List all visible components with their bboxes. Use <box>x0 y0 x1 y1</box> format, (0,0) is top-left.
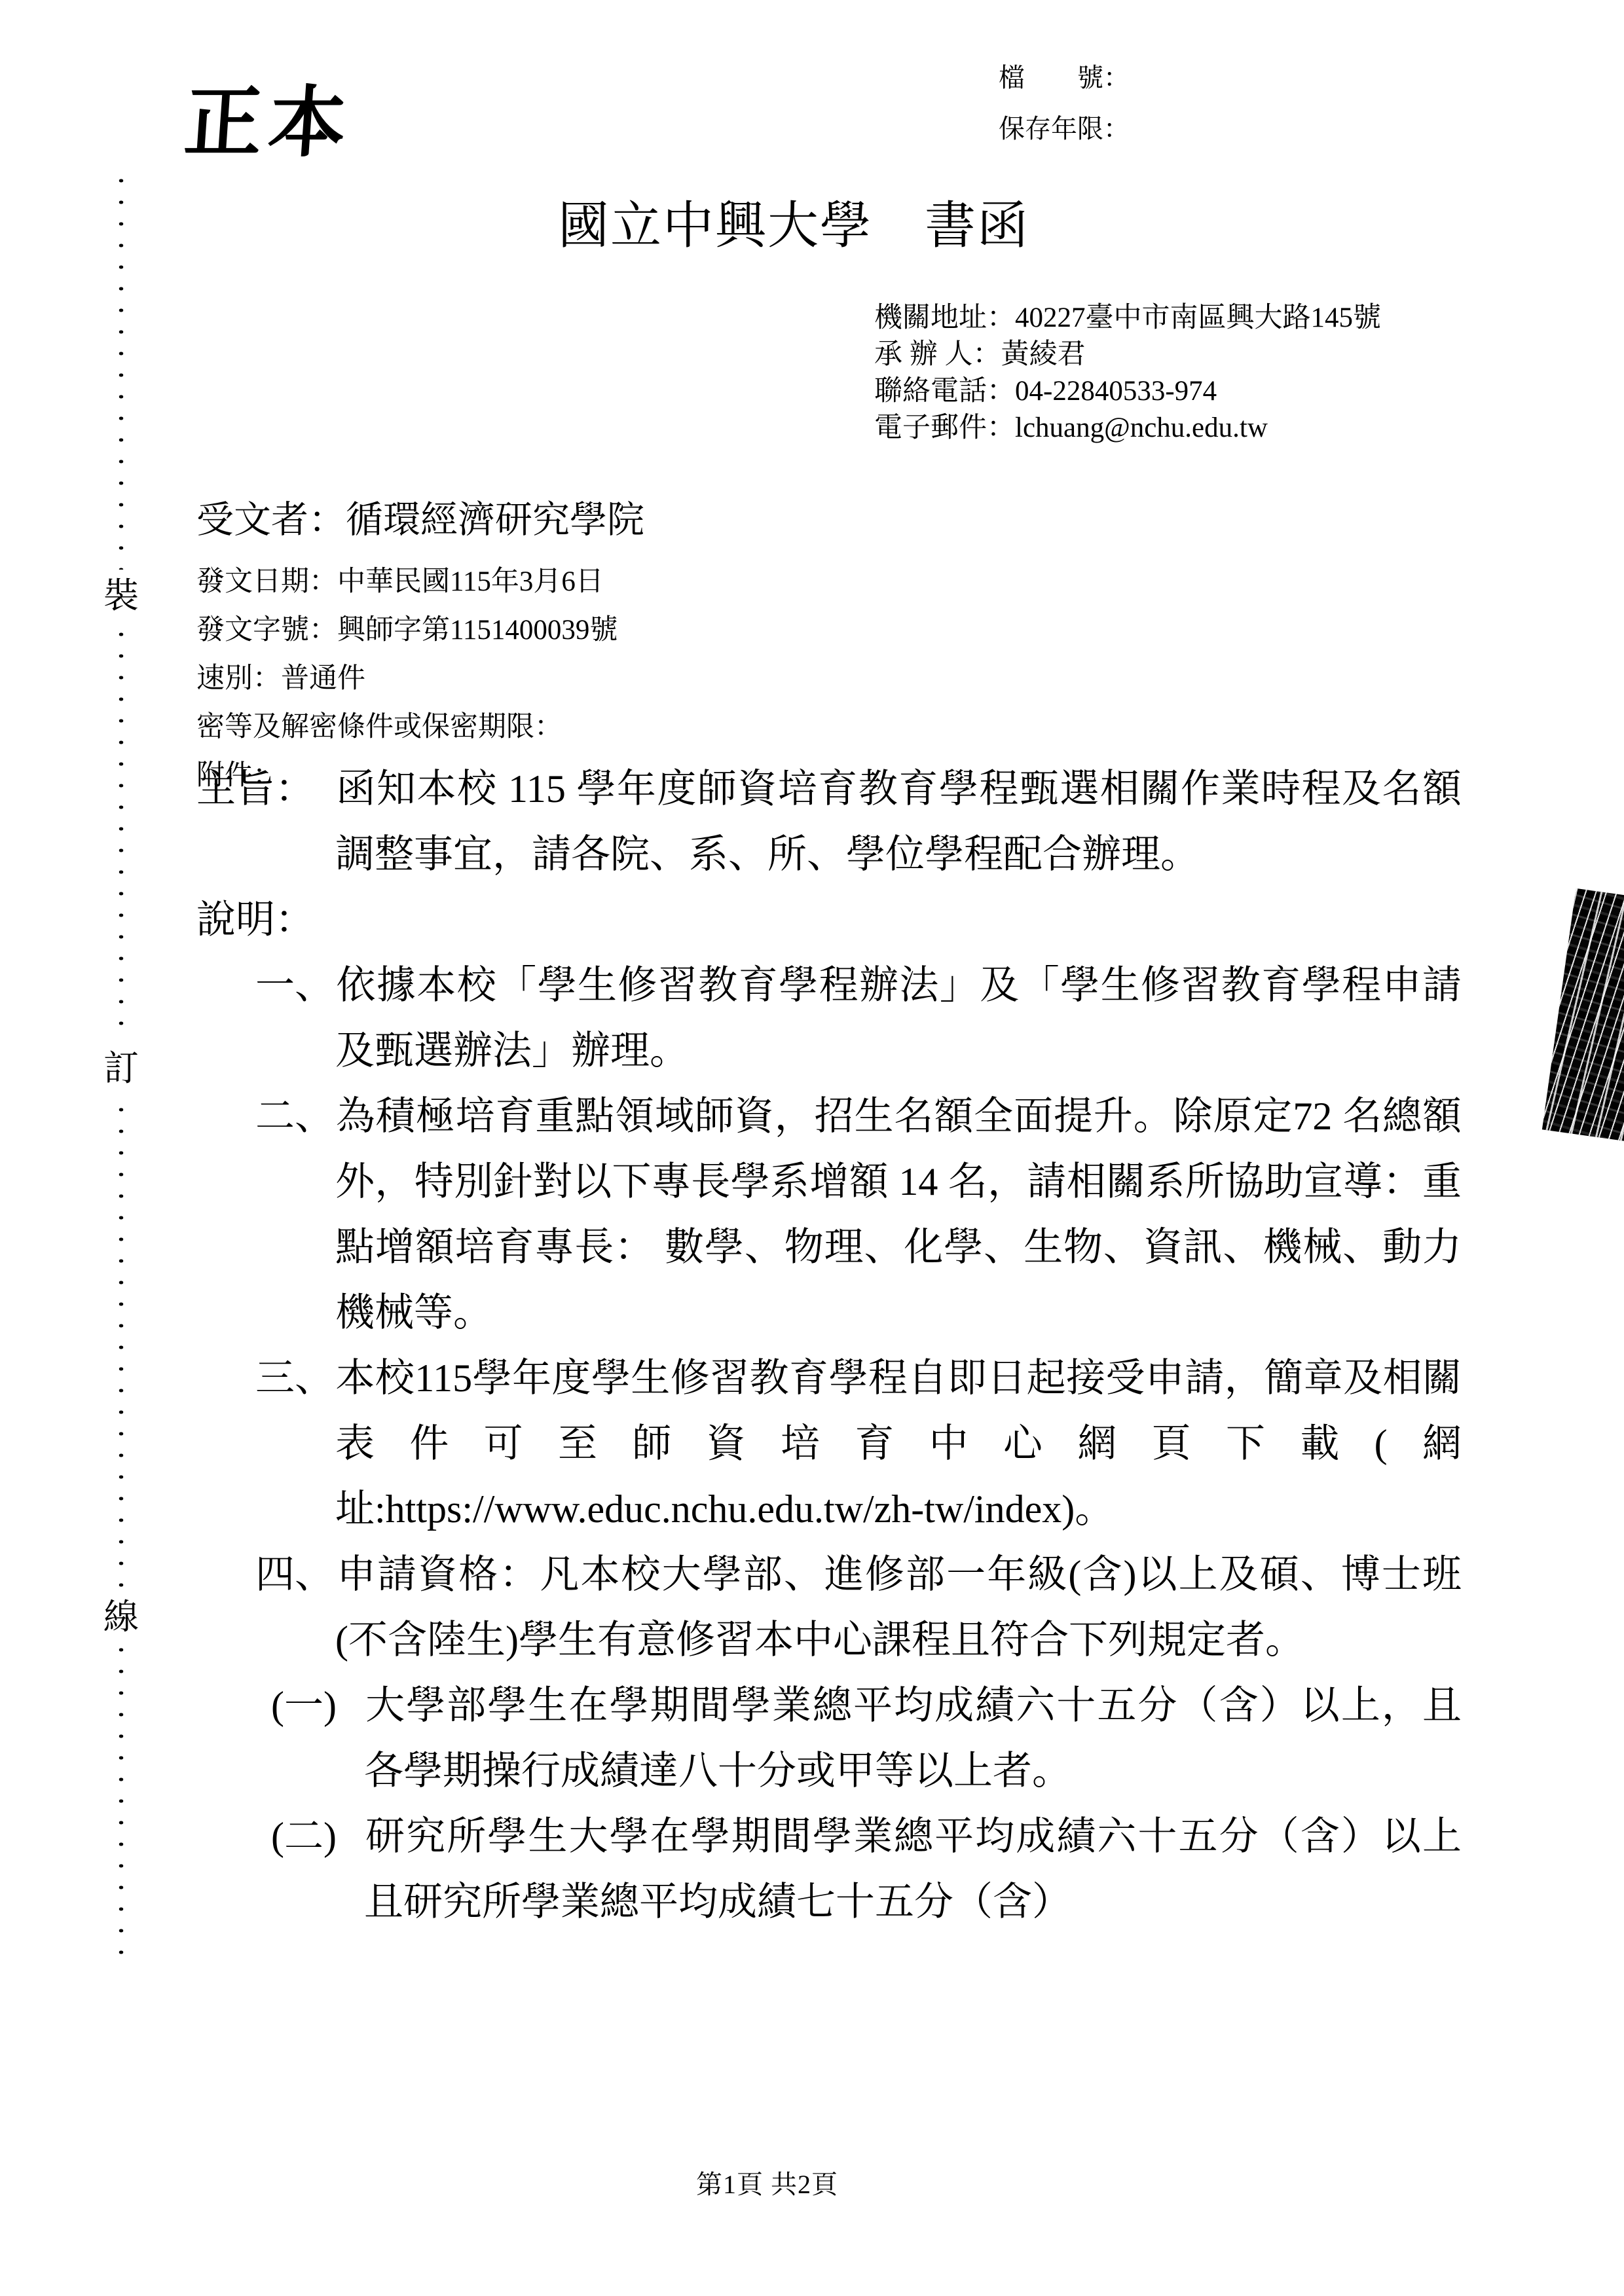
item-text: 依據本校「學生修習教育學程辦法」及「學生修習教育學程申請及甄選辦法」辦理。 <box>335 964 1462 1072</box>
subject-text: 函知本校 115 學年度師資培育教育學程甄選相關作業時程及名額調整事宜，請各院、… <box>335 767 1462 876</box>
explanation-subitem-2: (二)研究所學生大學在學期間學業總平均成績六十五分（含）以上且研究所學業總平均成… <box>271 1804 1462 1935</box>
item-number: 二、 <box>255 1084 335 1149</box>
file-number-block: 檔 號： 保存年限： <box>999 52 1130 155</box>
contact-phone: 聯絡電話：04-22840533-974 <box>874 373 1381 410</box>
explanation-item-4: 四、申請資格：凡本校大學部、進修部一年級(含)以上及碩、博士班(不含陸生)學生有… <box>255 1542 1462 1673</box>
issue-number: 發文字號：興師字第1151400039號 <box>196 606 618 655</box>
explanation-item-2: 二、為積極培育重點領域師資，招生名額全面提升。除原定72 名總額外，特別針對以下… <box>255 1084 1462 1345</box>
agency-address: 機關地址：40227臺中市南區興大路145號 <box>874 300 1381 337</box>
item-number: 四、 <box>255 1542 335 1607</box>
item-text: 為積極培育重點領域師資，招生名額全面提升。除原定72 名總額外，特別針對以下專長… <box>335 1095 1462 1334</box>
item-text: 本校115學年度學生修習教育學程自即日起接受申請，簡章及相關表件可至師資培育中心… <box>335 1357 1462 1531</box>
copy-type-label: 正本 <box>181 60 357 172</box>
security-class: 密等及解密條件或保密期限： <box>196 703 618 752</box>
document-title: 國立中興大學 書函 <box>558 185 1029 258</box>
item-number: 一、 <box>255 953 335 1018</box>
subject-label: 主旨： <box>196 756 335 822</box>
file-number-label: 檔 號： <box>999 52 1130 103</box>
item-number: 三、 <box>255 1345 335 1411</box>
contact-email: 電子郵件：lchuang@nchu.edu.tw <box>874 410 1381 446</box>
subitem-text: 研究所學生大學在學期間學業總平均成績六十五分（含）以上且研究所學業總平均成績七十… <box>364 1815 1462 1923</box>
item-text: 申請資格：凡本校大學部、進修部一年級(含)以上及碩、博士班(不含陸生)學生有意修… <box>335 1553 1462 1662</box>
subitem-text: 大學部學生在學期間學業總平均成績六十五分（含）以上，且各學期操行成績達八十分或甲… <box>364 1684 1462 1793</box>
explanation-subitem-1: (一)大學部學生在學期間學業總平均成績六十五分（含）以上，且各學期操行成績達八十… <box>271 1673 1462 1804</box>
explanation-heading: 說明： <box>196 887 1462 953</box>
subitem-number: (二) <box>271 1804 364 1869</box>
subitem-number: (一) <box>271 1673 364 1738</box>
retention-period-label: 保存年限： <box>999 103 1130 155</box>
binding-char-xian: 線 <box>100 1591 142 1643</box>
document-body: 主旨：函知本校 115 學年度師資培育教育學程甄選相關作業時程及名額調整事宜，請… <box>196 756 1462 1935</box>
contact-person: 承 辦 人：黃綾君 <box>874 337 1381 373</box>
page-footer: 第1頁 共2頁 <box>696 2164 838 2201</box>
agency-contact-block: 機關地址：40227臺中市南區興大路145號 承 辦 人：黃綾君 聯絡電話：04… <box>874 300 1381 446</box>
speed-class: 速別：普通件 <box>196 655 618 703</box>
subject-paragraph: 主旨：函知本校 115 學年度師資培育教育學程甄選相關作業時程及名額調整事宜，請… <box>196 756 1462 887</box>
binding-char-ding: 訂 <box>100 1042 142 1095</box>
issue-date: 發文日期：中華民國115年3月6日 <box>196 558 618 606</box>
explanation-item-3: 三、本校115學年度學生修習教育學程自即日起接受申請，簡章及相關表件可至師資培育… <box>255 1345 1462 1542</box>
receipt-stamp <box>1542 888 1624 1144</box>
explanation-item-1: 一、依據本校「學生修習教育學程辦法」及「學生修習教育學程申請及甄選辦法」辦理。 <box>255 953 1462 1084</box>
document-page: 正本 檔 號： 保存年限： 國立中興大學 書函 機關地址：40227臺中市南區興… <box>0 0 1624 2296</box>
recipient-line: 受文者：循環經濟研究學院 <box>196 490 644 543</box>
binding-char-zhuang: 裝 <box>100 570 142 622</box>
